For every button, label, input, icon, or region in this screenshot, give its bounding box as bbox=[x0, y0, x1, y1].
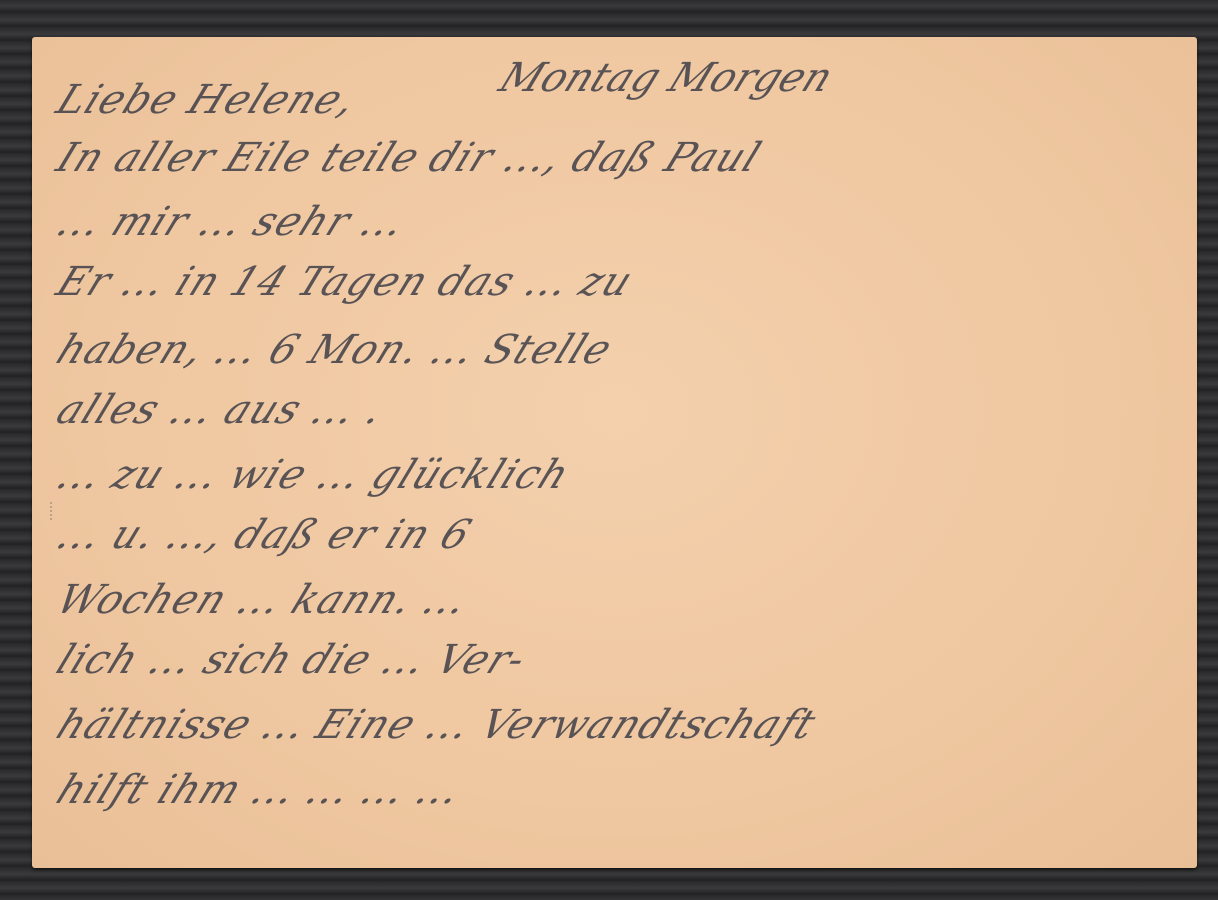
handwritten-line: In aller Eile teile dir ..., daß Paul bbox=[50, 135, 768, 181]
handwritten-line: hilft ihm ... ... ... ... bbox=[50, 767, 468, 813]
handwritten-line: haben, ... 6 Mon. ... Stelle bbox=[50, 327, 619, 373]
handwritten-line: Liebe Helene, bbox=[50, 77, 364, 123]
postcard-dateline: Montag Morgen bbox=[493, 55, 840, 101]
postcard: Montag Morgen Liebe Helene, In aller Eil… bbox=[32, 37, 1197, 868]
handwritten-line: Er ... in 14 Tagen das ... zu bbox=[50, 259, 640, 305]
handwritten-line: Wochen ... kann. ... bbox=[50, 577, 475, 623]
handwritten-line: lich ... sich die ... Ver- bbox=[50, 637, 533, 683]
edge-mark bbox=[50, 502, 62, 520]
handwritten-line: ... u. ..., daß er in 6 bbox=[50, 512, 478, 558]
handwritten-line: alles ... aus ... . bbox=[50, 387, 391, 433]
handwritten-line: ... mir ... sehr ... bbox=[50, 199, 413, 245]
handwritten-line: ... zu ... wie ... glücklich bbox=[50, 452, 577, 498]
handwritten-line: hältnisse ... Eine ... Verwandtschaft bbox=[50, 702, 823, 748]
